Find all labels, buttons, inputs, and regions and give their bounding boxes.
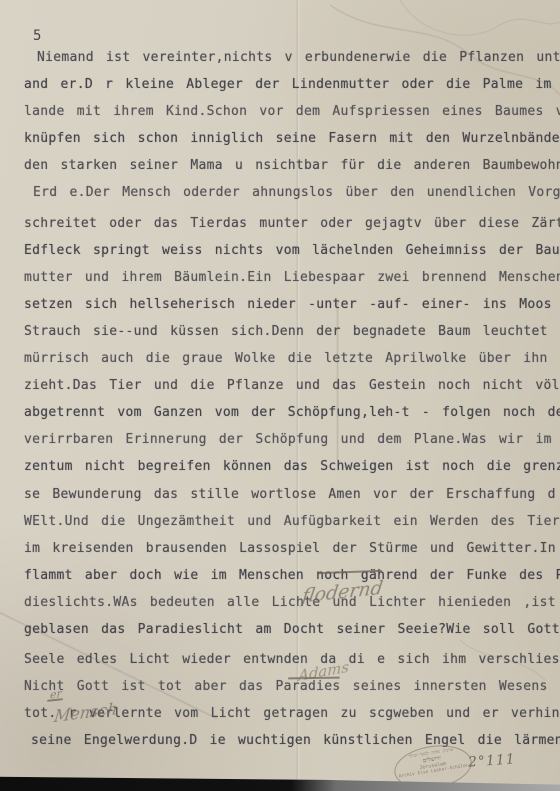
typed-line: zieht.Das Tier und die Pflanze und das G… [24, 378, 560, 405]
typed-line: se Bewunderung das stille wortlose Amen … [24, 487, 560, 514]
typed-line: lande mit ihrem Kind.Schon vor dem Aufsp… [24, 104, 560, 131]
typed-line: mürrisch auch die graue Wolke die letzte… [24, 351, 560, 378]
typed-line: WElt.Und die Ungezämtheit und Aufügbarke… [24, 514, 560, 541]
handwritten-correction: er [50, 687, 62, 702]
typed-line: verirrbaren Erinnerung der Schöpfung und… [24, 432, 560, 459]
typed-line: Seele edles Licht wieder entwnden da di … [24, 652, 560, 679]
typed-line: dieslichts.WAs bedeuten alle Lichte und … [24, 595, 560, 622]
typed-line: Edfleck springt weiss nichts vom lächeln… [24, 243, 560, 270]
typed-line: Niemand ist vereinter,nichts v erbundene… [24, 50, 560, 77]
typed-line: abgetrennt vom Ganzen vom der Schöpfung,… [24, 405, 560, 432]
typed-line: Strauch sie--und küssen sich.Denn der be… [24, 324, 560, 351]
typed-line: flammt aber doch wie im Menschen noch gä… [24, 568, 560, 595]
paper-sheet: 5 Niemand ist vereinter,nichts v erbunde… [0, 0, 560, 791]
typed-line: im kreisenden brausenden Lassospiel der … [24, 541, 560, 568]
typed-line: den starken seiner Mama u nsichtbar für … [24, 158, 560, 185]
typed-text-block: Niemand ist vereinter,nichts v erbundene… [24, 50, 560, 760]
catalog-mark: 2°111 [467, 751, 516, 770]
typed-line: knüpfen sich schon inniglich seine Faser… [24, 131, 560, 158]
page-number: 5 [33, 28, 42, 44]
typed-line: mutter und ihrem Bäumlein.Ein Liebespaar… [24, 270, 560, 297]
typed-line: zentum nicht begreifen können das Schwei… [24, 459, 560, 486]
typed-line: geblasen das Paradieslicht am Docht sein… [24, 622, 560, 649]
scanned-typescript-page: 5 Niemand ist vereinter,nichts v erbunde… [0, 0, 560, 791]
typed-line: setzen sich hellseherisch nieder -unter … [24, 297, 560, 324]
typed-line: schreitet oder das Tierdas munter oder g… [24, 216, 560, 243]
typed-line: Erd e.Der Mensch oderder ahnungslos über… [24, 185, 560, 212]
typed-line: and er.D r kleine Ableger der Lindenmutt… [24, 77, 560, 104]
